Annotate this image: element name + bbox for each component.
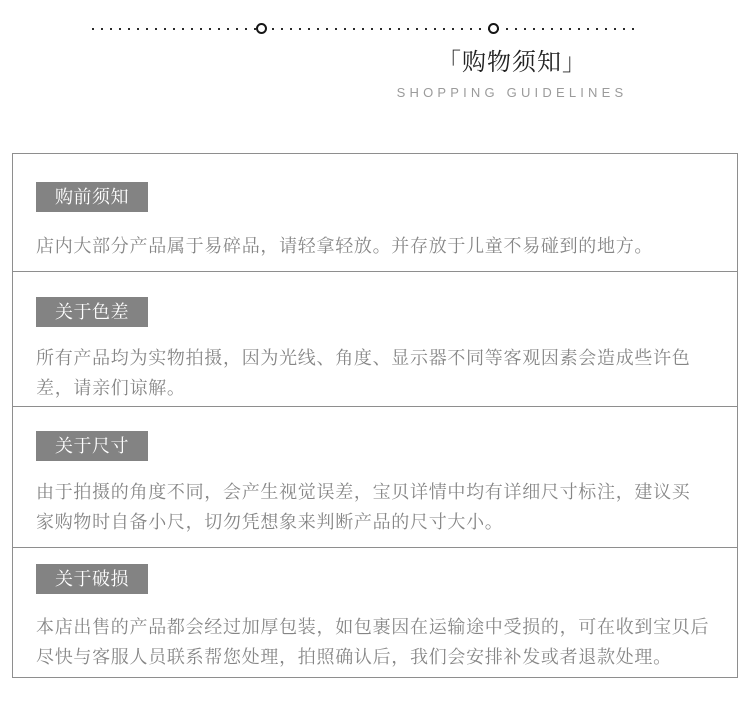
section-pre-purchase-notice: 购前须知 店内大部分产品属于易碎品，请轻拿轻放。并存放于儿童不易碰到的地方。 bbox=[13, 154, 737, 272]
section-text-line: 本店出售的产品都会经过加厚包装，如包裹因在运输途中受损的，可在收到宝贝后 bbox=[36, 612, 737, 642]
section-label-color-difference: 关于色差 bbox=[36, 297, 148, 327]
page-title: 「购物须知」 bbox=[262, 47, 750, 79]
section-body-size: 由于拍摄的角度不同，会产生视觉误差，宝贝详情中均有详细尺寸标注，建议买 家购物时… bbox=[36, 477, 737, 537]
section-label-damage: 关于破损 bbox=[36, 564, 148, 594]
circle-ornament-right-icon bbox=[488, 23, 499, 34]
section-text-line: 差，请亲们谅解。 bbox=[36, 373, 737, 403]
shopping-guidelines-page: 「购物须知」 SHOPPING GUIDELINES 购前须知 店内大部分产品属… bbox=[0, 0, 750, 710]
section-body-damage: 本店出售的产品都会经过加厚包装，如包裹因在运输途中受损的，可在收到宝贝后 尽快与… bbox=[36, 612, 737, 672]
section-damage: 关于破损 本店出售的产品都会经过加厚包装，如包裹因在运输途中受损的，可在收到宝贝… bbox=[13, 548, 737, 677]
guidelines-panel: 购前须知 店内大部分产品属于易碎品，请轻拿轻放。并存放于儿童不易碰到的地方。 关… bbox=[12, 153, 738, 678]
section-header: 「购物须知」 SHOPPING GUIDELINES bbox=[262, 47, 750, 101]
circle-ornament-left-icon bbox=[256, 23, 267, 34]
section-text-line: 所有产品均为实物拍摄，因为光线、角度、显示器不同等客观因素会造成些许色 bbox=[36, 343, 737, 373]
section-color-difference: 关于色差 所有产品均为实物拍摄，因为光线、角度、显示器不同等客观因素会造成些许色… bbox=[13, 272, 737, 407]
section-body-pre-purchase: 店内大部分产品属于易碎品，请轻拿轻放。并存放于儿童不易碰到的地方。 bbox=[36, 231, 737, 261]
section-text-line: 店内大部分产品属于易碎品，请轻拿轻放。并存放于儿童不易碰到的地方。 bbox=[36, 231, 737, 261]
dotted-divider-line bbox=[92, 28, 641, 30]
section-text-line: 尽快与客服人员联系帮您处理，拍照确认后，我们会安排补发或者退款处理。 bbox=[36, 642, 737, 672]
section-body-color-difference: 所有产品均为实物拍摄，因为光线、角度、显示器不同等客观因素会造成些许色 差，请亲… bbox=[36, 343, 737, 403]
section-text-line: 由于拍摄的角度不同，会产生视觉误差，宝贝详情中均有详细尺寸标注，建议买 bbox=[36, 477, 737, 507]
page-subtitle: SHOPPING GUIDELINES bbox=[262, 85, 750, 101]
section-label-size: 关于尺寸 bbox=[36, 431, 148, 461]
section-label-pre-purchase: 购前须知 bbox=[36, 182, 148, 212]
section-text-line: 家购物时自备小尺，切勿凭想象来判断产品的尺寸大小。 bbox=[36, 507, 737, 537]
section-size: 关于尺寸 由于拍摄的角度不同，会产生视觉误差，宝贝详情中均有详细尺寸标注，建议买… bbox=[13, 407, 737, 548]
